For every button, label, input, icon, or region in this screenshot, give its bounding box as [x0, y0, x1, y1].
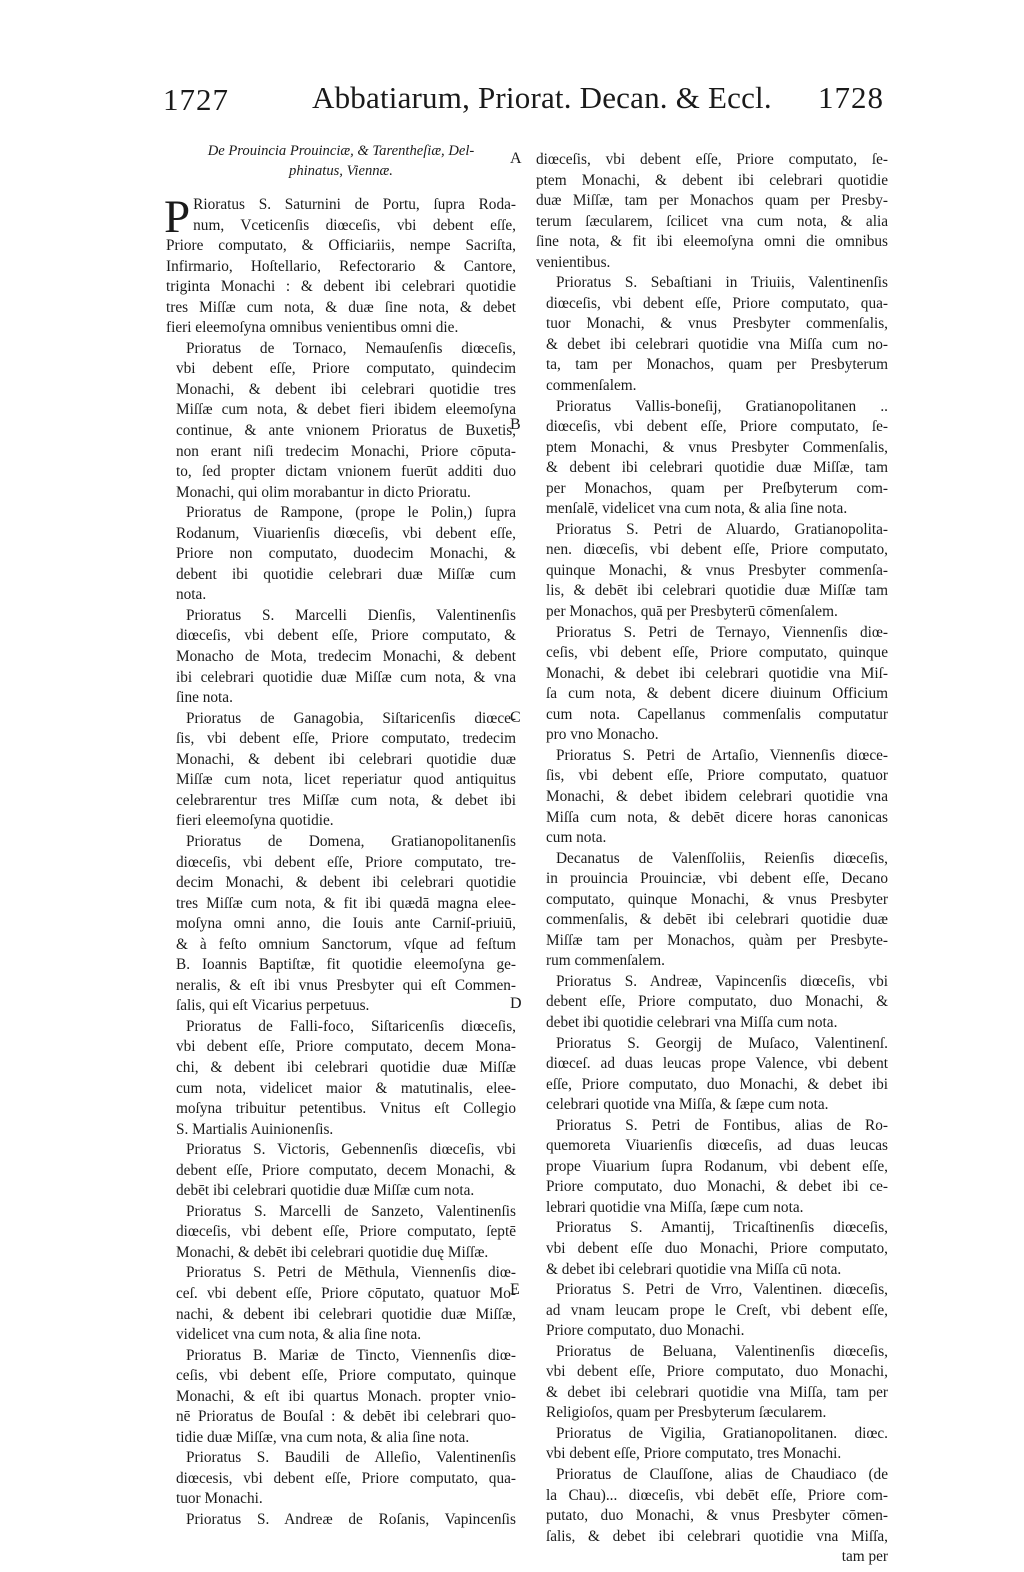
- paragraph: Prioratus de Rampone, (prope le Polin,) …: [166, 503, 516, 606]
- text-line: Miſſa cum nota, & debēt dicere horas can…: [536, 808, 888, 829]
- text-line: ſis, vbi debent eſſe, Priore computato, …: [536, 766, 888, 787]
- paragraph: Prioratus S. Petri de Mēthula, Viennenſi…: [166, 1263, 516, 1345]
- text-line: S. Martialis Auinionenſis.: [166, 1120, 516, 1141]
- paragraph: PRioratus S. Saturnini de Portu, ſupra R…: [166, 195, 516, 339]
- text-line: diœceſis, vbi debent eſſe, Priore comput…: [536, 150, 888, 171]
- text-line: in prouincia Prouinciæ, vbi debent eſſe,…: [536, 869, 888, 890]
- paragraph: Prioratus de Beluana, Valentinenſis diœc…: [536, 1342, 888, 1424]
- paragraph: Prioratus S. Sebaſtiani in Triuiis, Vale…: [536, 273, 888, 396]
- text-line: quemoreta Viuarienſis diœceſis, ad duas …: [536, 1136, 888, 1157]
- text-line: Monachi, & debent ibi celebrari quotidie…: [166, 380, 516, 401]
- text-line: Prioratus S. Marcelli Dienſis, Valentine…: [166, 606, 516, 627]
- text-line: diœceſis, vbi debent eſſe, Priore comput…: [536, 417, 888, 438]
- right-column: diœceſis, vbi debent eſſe, Priore comput…: [536, 150, 888, 1568]
- text-line: commenſalem.: [536, 376, 888, 397]
- paragraph: Prioratus B. Mariæ de Tincto, Viennenſis…: [166, 1346, 516, 1449]
- text-line: triginta Monachi : & debent ibi celebrar…: [166, 277, 516, 298]
- text-line: Prioratus S. Petri de Aluardo, Gratianop…: [536, 520, 888, 541]
- text-line: Miſſæ cum nota, & debet fieri ibidem ele…: [166, 400, 516, 421]
- running-header: 1727 Abbatiarum, Priorat. Decan. & Eccl.…: [0, 78, 1024, 122]
- text-line: chi, & debent ibi celebrari quotidie duæ…: [166, 1058, 516, 1079]
- text-line: putato, duo Monachi, & vnus Presbyter cō…: [536, 1506, 888, 1527]
- text-line: Prioratus B. Mariæ de Tincto, Viennenſis…: [166, 1346, 516, 1367]
- text-line: diœceſis, vbi debent eſſe, Priore comput…: [166, 626, 516, 647]
- text-line: tidie duæ Miſſæ, vna cum nota, & alia ſi…: [166, 1428, 516, 1449]
- text-line: ſine nota.: [166, 688, 516, 709]
- text-line: ſine nota, & fit ibi eleemoſyna omni die…: [536, 232, 888, 253]
- text-line: ceſis, vbi debent eſſe, Priore computato…: [536, 643, 888, 664]
- text-line: continue, & ante vnionem Prioratus de Bu…: [166, 421, 516, 442]
- text-line: celebrarentur tres Miſſæ cum nota, & deb…: [166, 791, 516, 812]
- text-line: Prioratus de Beluana, Valentinenſis diœc…: [536, 1342, 888, 1363]
- text-line: fieri eleemoſyna quotidie.: [166, 811, 516, 832]
- text-line: Prioratus Vallis-boneſij, Gratianopolita…: [536, 397, 888, 418]
- text-line: ta, tam per Monachos, quam per Presbyter…: [536, 355, 888, 376]
- text-line: Prioratus de Falli-foco, Siſtaricenſis d…: [166, 1017, 516, 1038]
- paragraph: Prioratus de Domena, Gratianopolitanenſi…: [166, 832, 516, 1017]
- margin-section-letter: C: [510, 709, 521, 727]
- text-line: to, ſed propter dictam vnionem fuerūt ad…: [166, 462, 516, 483]
- text-line: Priore computato, & Officiariis, nempe S…: [166, 236, 516, 257]
- text-line: Prioratus de Domena, Gratianopolitanenſi…: [166, 832, 516, 853]
- text-line: vbi debent eſſe, Priore computato, quind…: [166, 359, 516, 380]
- text-line: ſa cum nota, & debent dicere diuinum Off…: [536, 684, 888, 705]
- text-line: Monachi, & debent ibi celebrari quotidie…: [166, 750, 516, 771]
- text-line: rum commenſalem.: [536, 951, 888, 972]
- paragraph: Prioratus S. Marcelli Dienſis, Valentine…: [166, 606, 516, 709]
- text-line: Monachi, & debet ibi celebrari quotidie …: [536, 664, 888, 685]
- paragraph: Prioratus de Vigilia, Gratianopolitanen.…: [536, 1424, 888, 1465]
- text-line: Prioratus de Vigilia, Gratianopolitanen.…: [536, 1424, 888, 1445]
- text-line: diœceſis, vbi debent eſſe, Priore comput…: [166, 853, 516, 874]
- text-line: ptem Monachi, & vnus Presbyter Commenſal…: [536, 438, 888, 459]
- text-line: lis, & debēt ibi celebrari quotidie duæ …: [536, 581, 888, 602]
- margin-section-letter: A: [510, 150, 522, 168]
- text-line: ibi celebrari quotidie duæ Miſſæ cum not…: [166, 668, 516, 689]
- text-line: prope Viuarium ſupra Rodanum, vbi debent…: [536, 1157, 888, 1178]
- text-line: & à feſto omnium Sanctorum, vſque ad feſ…: [166, 935, 516, 956]
- text-line: Prioratus S. Marcelli de Sanzeto, Valent…: [166, 1202, 516, 1223]
- text-line: duæ Miſſæ, tam per Monachos quam per Pre…: [536, 191, 888, 212]
- paragraph: Prioratus S. Petri de Fontibus, alias de…: [536, 1116, 888, 1219]
- text-line: diœcesis, vbi debent eſſe, Priore comput…: [166, 1469, 516, 1490]
- text-line: pro vno Monacho.: [536, 725, 888, 746]
- text-line: & debet ibi celebrari quotidie vna Miſſa…: [536, 1260, 888, 1281]
- text-line: cum nota, videlicet maior & matutinalis,…: [166, 1079, 516, 1100]
- subheading-line: De Prouincia Prouinciæ, & Tarentheſiæ, D…: [180, 141, 502, 161]
- text-line: Monachi, & eſt ibi quartus Monach. propt…: [166, 1387, 516, 1408]
- text-line: & debet ibi celebrari quotidie vna Miſſa…: [536, 335, 888, 356]
- text-line: debent eſſe, Priore computato, decem Mon…: [166, 1161, 516, 1182]
- text-line: per Monachos, quā per Presbyterū cōmenſa…: [536, 602, 888, 623]
- text-line: Prioratus S. Amantij, Tricaſtinenſis diœ…: [536, 1218, 888, 1239]
- text-line: nen. diœceſis, vbi debent eſſe, Priore c…: [536, 540, 888, 561]
- paragraph: Prioratus Vallis-boneſij, Gratianopolita…: [536, 397, 888, 520]
- paragraph: diœceſis, vbi debent eſſe, Priore comput…: [536, 150, 888, 273]
- subheading-line: phinatus, Viennæ.: [180, 161, 502, 181]
- text-line: & debet ibi celebrari quotidie vna Miſſa…: [536, 1383, 888, 1404]
- catchword: tam per: [536, 1547, 888, 1568]
- text-line: ceſ. vbi debent eſſe, Priore cōputato, q…: [166, 1284, 516, 1305]
- text-line: vbi debent eſſe, Priore computato, tres …: [536, 1444, 888, 1465]
- text-line: eſſe, Priore computato, duo Monachi, & d…: [536, 1075, 888, 1096]
- text-line: Miſſæ tam per Monachos, quàm per Presbyt…: [536, 931, 888, 952]
- paragraph: Prioratus S. Petri de Artaſio, Viennenſi…: [536, 746, 888, 849]
- text-line: Prioratus S. Petri de Vrro, Valentinen. …: [536, 1280, 888, 1301]
- paragraph: Prioratus de Ganagobia, Siſtaricenſis di…: [166, 709, 516, 832]
- margin-section-letter: D: [510, 995, 522, 1013]
- text-line: Monachi, & debet ibidem celebrari quotid…: [536, 787, 888, 808]
- text-line: terum ſæcularem, ſcilicet vna cum nota, …: [536, 212, 888, 233]
- margin-section-letter: E: [510, 1281, 520, 1299]
- text-line: Rioratus S. Saturnini de Portu, ſupra Ro…: [166, 195, 516, 216]
- text-line: Rodanum, Viuarienſis diœceſis, vbi deben…: [166, 524, 516, 545]
- text-line: neralis, & eſt ibi vnus Presbyter qui eſ…: [166, 976, 516, 997]
- text-line: Monachi, & debēt ibi celebrari quotidie …: [166, 1243, 516, 1264]
- text-line: ptem Monachi, & debent ibi celebrari quo…: [536, 171, 888, 192]
- page-number-left: 1727: [163, 82, 229, 118]
- text-line: la Chau)... diœceſis, vbi debēt eſſe, Pr…: [536, 1486, 888, 1507]
- drop-cap: P: [164, 197, 190, 237]
- text-line: commenſalis, & debēt ibi celebrari quoti…: [536, 910, 888, 931]
- text-line: nē Prioratus de Bouſal : & debēt ibi cel…: [166, 1407, 516, 1428]
- text-line: Religioſos, quam per Presbyterum ſæcular…: [536, 1403, 888, 1424]
- paragraph: Prioratus S. Petri de Vrro, Valentinen. …: [536, 1280, 888, 1342]
- text-line: vbi debent eſſe duo Monachi, Priore comp…: [536, 1239, 888, 1260]
- text-line: tuor Monachi.: [166, 1489, 516, 1510]
- paragraph: Prioratus S. Georgij de Muſaco, Valentin…: [536, 1034, 888, 1116]
- left-paragraphs: PRioratus S. Saturnini de Portu, ſupra R…: [166, 195, 516, 1531]
- text-line: tres Miſſæ cum nota, & duæ ſine nota, & …: [166, 298, 516, 319]
- text-line: Prioratus S. Petri de Fontibus, alias de…: [536, 1116, 888, 1137]
- text-line: Miſſæ cum nota, licet reperiatur quod an…: [166, 770, 516, 791]
- text-line: computato, quinque Monachi, & vnus Presb…: [536, 890, 888, 911]
- text-line: Monachi, qui olim morabantur in dicto Pr…: [166, 483, 516, 504]
- text-line: debent eſſe, Priore computato, duo Monac…: [536, 992, 888, 1013]
- text-line: tres Miſſæ cum nota, & fit ibi quædā mag…: [166, 894, 516, 915]
- text-line: per Monachos, quam per Preſbyterum com-: [536, 479, 888, 500]
- text-line: moſyna omni anno, die Iouis ante Carniſ-…: [166, 914, 516, 935]
- text-line: vbi debent eſſe, Priore computato, duo M…: [536, 1362, 888, 1383]
- text-line: vbi debent eſſe, Priore computato, decem…: [166, 1037, 516, 1058]
- text-line: Prioratus S. Petri de Ternayo, Viennenſi…: [536, 623, 888, 644]
- left-column: De Prouincia Prouinciæ, & Tarentheſiæ, D…: [166, 141, 516, 1531]
- text-line: Prioratus S. Andreæ, Vapincenſis diœceſi…: [536, 972, 888, 993]
- text-line: celebrari quotide vna Miſſa, & ſæpe cum …: [536, 1095, 888, 1116]
- text-line: videlicet vna cum nota, & alia ſine nota…: [166, 1325, 516, 1346]
- text-line: Priore computato, duo Monachi.: [536, 1321, 888, 1342]
- text-line: ſalis, & debet ibi celebrari quotidie vn…: [536, 1527, 888, 1548]
- text-line: Prioratus S. Petri de Artaſio, Viennenſi…: [536, 746, 888, 767]
- paragraph: Prioratus S. Amantij, Tricaſtinenſis diœ…: [536, 1218, 888, 1280]
- text-line: ſis, vbi debent eſſe, Priore computato, …: [166, 729, 516, 750]
- running-title: Abbatiarum, Priorat. Decan. & Eccl.: [312, 80, 772, 116]
- text-line: diœceſis, vbi debent eſſe, Priore comput…: [166, 1222, 516, 1243]
- text-line: nachi, & debent ibi celebrari quotidie d…: [166, 1305, 516, 1326]
- paragraph: Prioratus S. Andreæ de Roſanis, Vapincen…: [166, 1510, 516, 1531]
- text-line: Priore non computato, duodecim Monachi, …: [166, 544, 516, 565]
- text-line: Prioratus S. Sebaſtiani in Triuiis, Vale…: [536, 273, 888, 294]
- text-line: Prioratus S. Victoris, Gebennenſis diœce…: [166, 1140, 516, 1161]
- paragraph: Prioratus S. Victoris, Gebennenſis diœce…: [166, 1140, 516, 1202]
- text-line: debēt ibi celebrari quotidie duæ Miſſæ c…: [166, 1181, 516, 1202]
- text-line: ad vnam leucam prope le Creſt, vbi deben…: [536, 1301, 888, 1322]
- text-line: Infirmario, Hoſtellario, Refectorario & …: [166, 257, 516, 278]
- text-line: Prioratus S. Andreæ de Roſanis, Vapincen…: [166, 1510, 516, 1531]
- text-line: diœceſis, vbi debent eſſe, Priore comput…: [536, 294, 888, 315]
- text-line: ſalis, qui eſt Vicarius perpetuus.: [166, 996, 516, 1017]
- text-line: Prioratus de Ganagobia, Siſtaricenſis di…: [166, 709, 516, 730]
- text-line: venientibus.: [536, 253, 888, 274]
- text-line: num, Vceticenſis diœceſis, vbi debent eſ…: [166, 216, 516, 237]
- text-line: fieri eleemoſyna omnibus venientibus omn…: [166, 318, 516, 339]
- text-line: B. Ioannis Baptiſtæ, fit quotidie eleemo…: [166, 955, 516, 976]
- paragraph: Prioratus S. Petri de Ternayo, Viennenſi…: [536, 623, 888, 746]
- text-line: Prioratus de Tornaco, Nemauſenſis diœceſ…: [166, 339, 516, 360]
- text-line: quinque Monachi, & vnus Presbyter commen…: [536, 561, 888, 582]
- paragraph: Prioratus de Tornaco, Nemauſenſis diœceſ…: [166, 339, 516, 503]
- paragraph: Prioratus de Falli-foco, Siſtaricenſis d…: [166, 1017, 516, 1140]
- text-line: tuor Monachi, & vnus Presbyter commenſal…: [536, 314, 888, 335]
- text-line: Prioratus S. Georgij de Muſaco, Valentin…: [536, 1034, 888, 1055]
- text-line: Prioratus S. Petri de Mēthula, Viennenſi…: [166, 1263, 516, 1284]
- text-line: diœceſ. ad duas leucas prope Valence, vb…: [536, 1054, 888, 1075]
- text-line: Prioratus de Rampone, (prope le Polin,) …: [166, 503, 516, 524]
- right-paragraphs: diœceſis, vbi debent eſſe, Priore comput…: [536, 150, 888, 1547]
- text-line: debent ibi quotidie celebrari duæ Miſſæ …: [166, 565, 516, 586]
- text-line: Monacho de Mota, tredecim Monachi, & deb…: [166, 647, 516, 668]
- text-line: Priore computato, duo Monachi, & debet i…: [536, 1177, 888, 1198]
- page-number-right: 1728: [818, 80, 884, 116]
- text-line: Prioratus S. Baudili de Alleſio, Valenti…: [166, 1448, 516, 1469]
- paragraph: Prioratus S. Marcelli de Sanzeto, Valent…: [166, 1202, 516, 1264]
- paragraph: Prioratus de Clauſſone, alias de Chaudia…: [536, 1465, 888, 1547]
- text-line: moſyna tribuitur petentibus. Vnitus eſt …: [166, 1099, 516, 1120]
- text-line: nota.: [166, 585, 516, 606]
- text-line: Decanatus de Valenſſoliis, Reienſis diœc…: [536, 849, 888, 870]
- text-line: cum nota. Capellanus commenſalis computa…: [536, 705, 888, 726]
- text-line: menſalē, videlicet vna cum nota, & alia …: [536, 499, 888, 520]
- text-line: & debent ibi celebrari quotidie duæ Miſſ…: [536, 458, 888, 479]
- text-line: debet ibi quotidie celebrari vna Miſſa c…: [536, 1013, 888, 1034]
- paragraph: Prioratus S. Petri de Aluardo, Gratianop…: [536, 520, 888, 623]
- text-line: cum nota.: [536, 828, 888, 849]
- paragraph: Decanatus de Valenſſoliis, Reienſis diœc…: [536, 849, 888, 972]
- text-line: non erant niſi tredecim Monachi, Priore …: [166, 442, 516, 463]
- paragraph: Prioratus S. Baudili de Alleſio, Valenti…: [166, 1448, 516, 1510]
- text-line: lebrari quotidie vna Miſſa, ſæpe cum not…: [536, 1198, 888, 1219]
- paragraph: Prioratus S. Andreæ, Vapincenſis diœceſi…: [536, 972, 888, 1034]
- text-line: decim Monachi, & debent ibi celebrari qu…: [166, 873, 516, 894]
- text-line: ceſis, vbi debent eſſe, Priore computato…: [166, 1366, 516, 1387]
- section-subheading: De Prouincia Prouinciæ, & Tarentheſiæ, D…: [180, 141, 502, 181]
- text-line: Prioratus de Clauſſone, alias de Chaudia…: [536, 1465, 888, 1486]
- margin-section-letter: B: [510, 416, 521, 434]
